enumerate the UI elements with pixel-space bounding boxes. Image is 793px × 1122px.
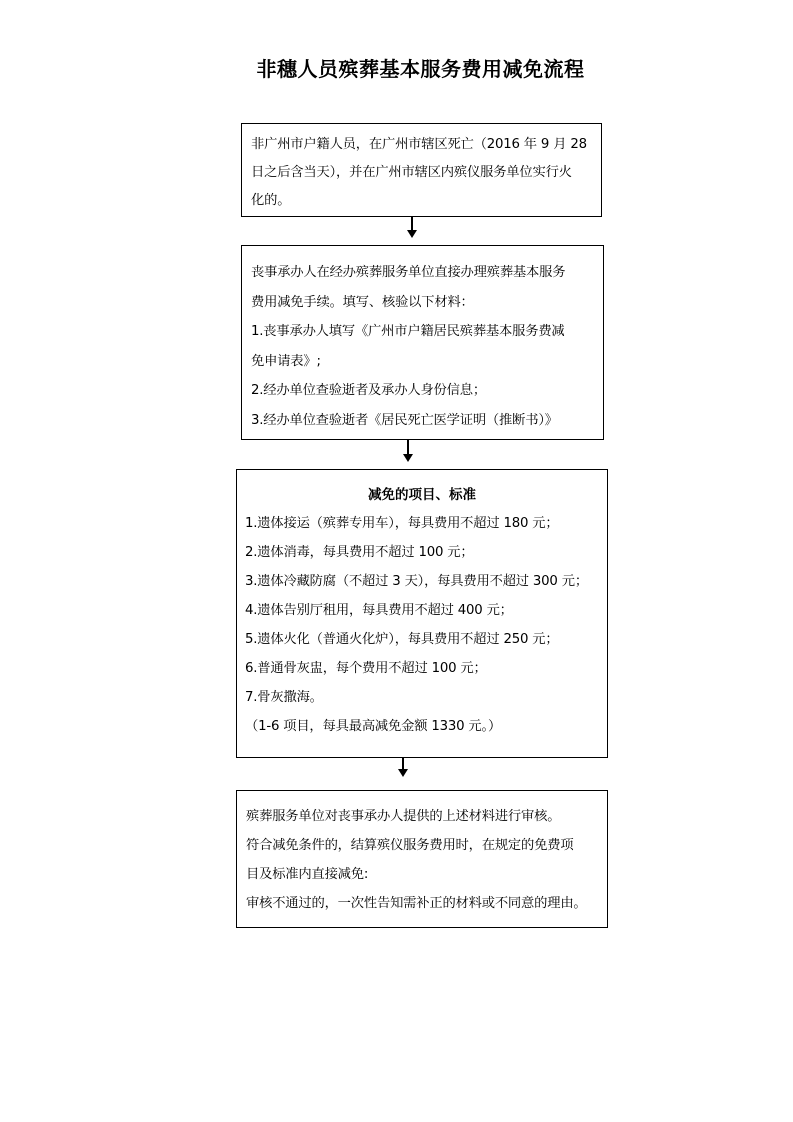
exemption-item: 1.遗体接运（殡葬专用车），每具费用不超过 180 元； [245,509,607,538]
exemption-item: 5.遗体火化（普通火化炉），每具费用不超过 250 元； [245,625,607,654]
step-text-line: 符合减免条件的，结算殡仪服务费用时，在规定的免费项 [246,831,607,860]
step-text-line: 日之后含当天），并在广州市辖区内殡仪服务单位实行火 [251,159,601,187]
step-text-line: 殡葬服务单位对丧事承办人提供的上述材料进行审核。 [246,802,607,831]
step-text-line: 丧事承办人在经办殡葬服务单位直接办理殡葬基本服务 [251,258,603,288]
step-text-line: 3.经办单位查验逝者《居民死亡医学证明（推断书）》 [251,406,603,436]
exemption-item: 4.遗体告别厅租用，每具费用不超过 400 元； [245,596,607,625]
page-title: 非穗人员殡葬基本服务费用减免流程 [0,54,793,84]
exemption-item: 7.骨灰撒海。 [245,683,607,712]
arrow-down-icon [403,440,413,464]
step-text-line: 审核不通过的，一次性告知需补正的材料或不同意的理由。 [246,889,607,918]
flow-step-application: 丧事承办人在经办殡葬服务单位直接办理殡葬基本服务 费用减免手续。填写、核验以下材… [241,245,604,440]
exemption-heading: 减免的项目、标准 [245,481,607,509]
arrow-down-icon [398,758,408,780]
exemption-note: （1-6 项目，每具最高减免金额 1330 元。） [245,712,607,741]
exemption-item: 2.遗体消毒，每具费用不超过 100 元； [245,538,607,567]
exemption-item: 3.遗体冷藏防腐（不超过 3 天），每具费用不超过 300 元； [245,567,607,596]
step-text-line: 化的。 [251,187,601,215]
exemption-item: 6.普通骨灰盅，每个费用不超过 100 元； [245,654,607,683]
flow-step-eligibility: 非广州市户籍人员，在广州市辖区死亡（2016 年 9 月 28 日之后含当天），… [241,123,602,217]
step-text-line: 费用减免手续。填写、核验以下材料： [251,288,603,318]
flow-step-exemption-items: 减免的项目、标准 1.遗体接运（殡葬专用车），每具费用不超过 180 元； 2.… [236,469,608,758]
step-text-line: 1.丧事承办人填写《广州市户籍居民殡葬基本服务费减 [251,317,603,347]
step-text-line: 目及标准内直接减免: [246,860,607,889]
flow-step-review: 殡葬服务单位对丧事承办人提供的上述材料进行审核。 符合减免条件的，结算殡仪服务费… [236,790,608,928]
arrow-down-icon [407,217,417,239]
step-text-line: 非广州市户籍人员，在广州市辖区死亡（2016 年 9 月 28 [251,131,601,159]
step-text-line: 免申请表》; [251,347,603,377]
step-text-line: 2.经办单位查验逝者及承办人身份信息； [251,376,603,406]
